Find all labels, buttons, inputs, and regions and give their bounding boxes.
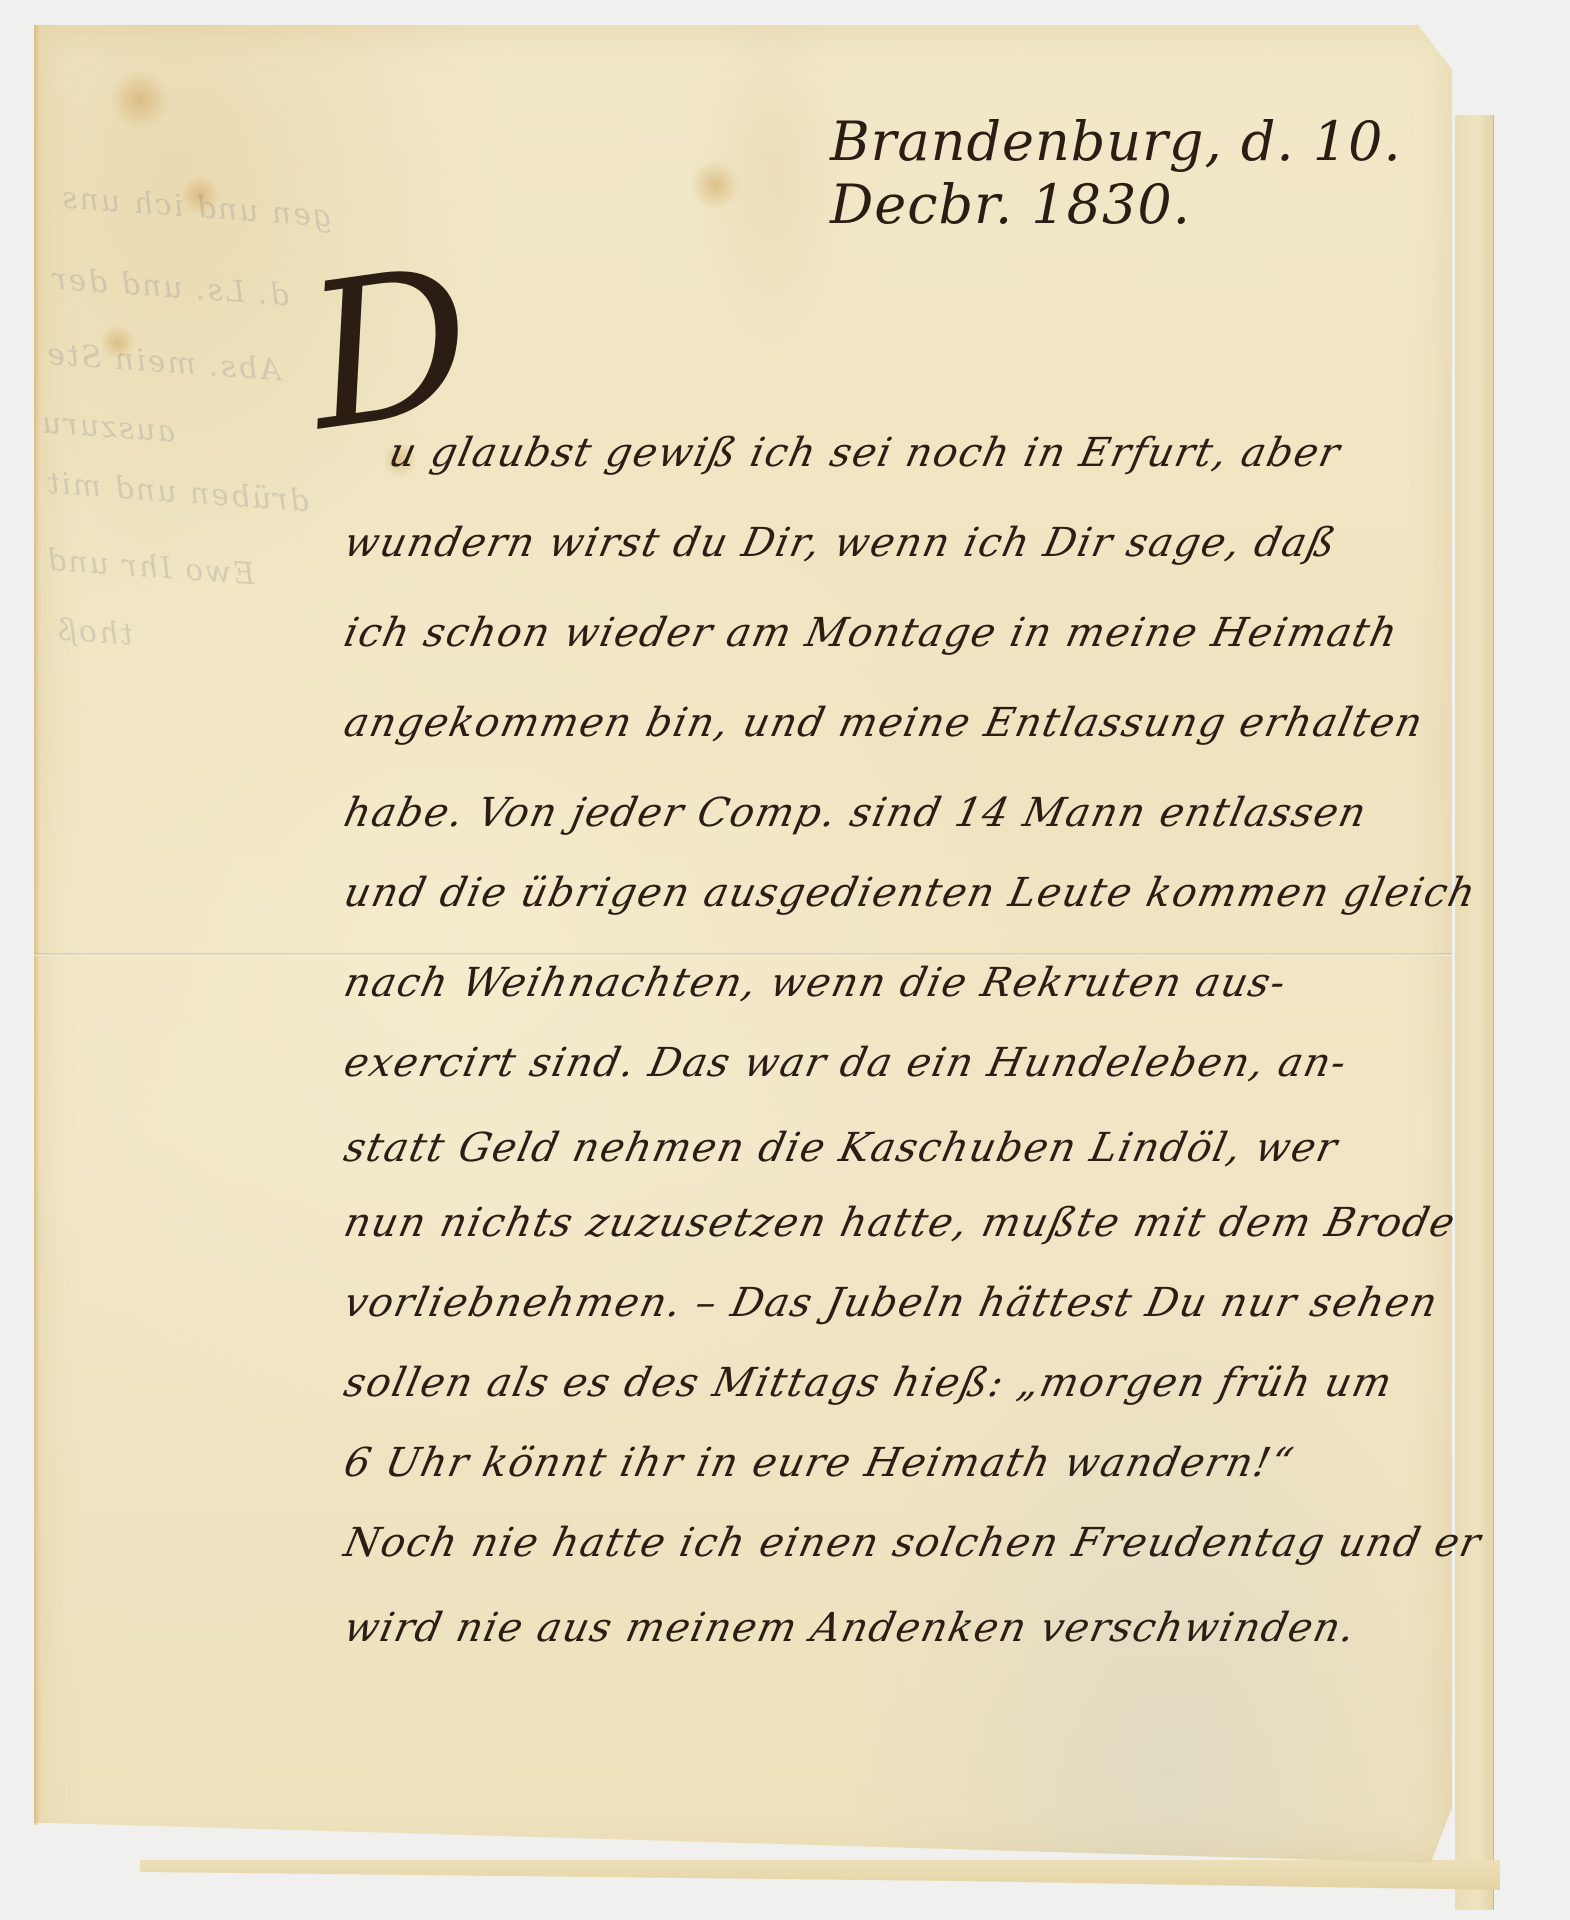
dateline: Brandenburg, d. 10. Decbr. 1830. xyxy=(830,110,1570,236)
letter-line: habe. Von jeder Comp. sind 14 Mann entla… xyxy=(340,790,1371,836)
foxing-stain xyxy=(690,160,740,210)
letter-line: wird nie aus meinem Andenken verschwinde… xyxy=(340,1605,1360,1651)
paper-left-edge-stain xyxy=(34,25,40,1825)
letter-line: u glaubst gewiß ich sei noch in Erfurt, … xyxy=(385,430,1345,476)
letter-line: sollen als es des Mittags hieß: „morgen … xyxy=(340,1360,1397,1406)
bleed-through-text: thoß xyxy=(54,612,134,652)
letter-line: Noch nie hatte ich einen solchen Freuden… xyxy=(340,1520,1486,1566)
foxing-stain xyxy=(110,70,170,130)
letter-line: und die übrigen ausgedienten Leute komme… xyxy=(340,870,1481,916)
letter-line: 6 Uhr könnt ihr in eure Heimath wandern!… xyxy=(340,1440,1298,1486)
letter-line: ich schon wieder am Montage in meine Hei… xyxy=(340,610,1402,656)
letter-line: angekommen bin, und meine Entlassung erh… xyxy=(340,700,1428,746)
letter-line: nach Weihnachten, wenn die Rekruten aus- xyxy=(340,960,1291,1006)
letter-line: wundern wirst du Dir, wenn ich Dir sage,… xyxy=(340,520,1341,566)
letter-line: vorliebnehmen. – Das Jubeln hättest Du n… xyxy=(340,1280,1443,1326)
letter-line: exercirt sind. Das war da ein Hundeleben… xyxy=(340,1040,1351,1086)
scanned-page: gen und ich uns d. Ls. und der Abs. mein… xyxy=(0,0,1570,1920)
paper-back-edge xyxy=(1455,115,1494,1910)
letter-line: nun nichts zuzusetzen hatte, mußte mit d… xyxy=(340,1200,1460,1246)
paper-bottom-layer xyxy=(140,1860,1500,1890)
letter-line: statt Geld nehmen die Kaschuben Lindöl, … xyxy=(340,1125,1342,1171)
fold-crease xyxy=(34,953,1452,956)
decorative-initial: D xyxy=(297,240,484,460)
